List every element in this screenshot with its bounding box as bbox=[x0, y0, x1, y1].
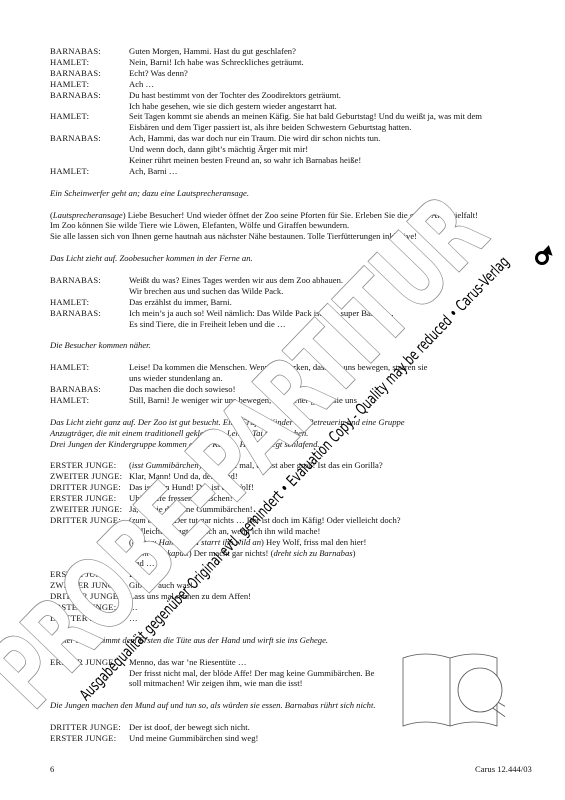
spacer bbox=[50, 330, 540, 341]
dialogue-line: Und wenn doch, dann gibt’s mächtig Ärger… bbox=[50, 144, 540, 155]
line-text: Seit Tagen kommt sie abends an meinen Kä… bbox=[129, 111, 540, 122]
stage-direction: Dritter Junge nimmt dem Ersten die Tüte … bbox=[50, 635, 540, 646]
dialogue-line: Wir brechen aus und suchen das Wilde Pac… bbox=[50, 286, 540, 297]
speaker-name bbox=[50, 373, 129, 384]
dialogue-line: HAMLET:Das erzählst du immer, Barni. bbox=[50, 297, 540, 308]
speaker-name: HAMLET: bbox=[50, 79, 129, 90]
dialogue-line: BARNABAS:Das machen die doch sowieso! bbox=[50, 384, 540, 395]
dialogue-line: BARNABAS:Weißt du was? Eines Tages werde… bbox=[50, 275, 540, 286]
line-text: Klar, Mann! Und da, der Hund! bbox=[129, 471, 540, 482]
dialogue-line: BARNABAS:Ach, Hammi, das war doch nur ei… bbox=[50, 133, 540, 144]
line-text: Ja, so wie du deine Gummibärchen! bbox=[129, 504, 540, 515]
line-text: uns wieder stundenlang an. bbox=[129, 373, 540, 384]
speaker-name: HAMLET: bbox=[50, 297, 129, 308]
line-text: Gib mir auch was! bbox=[129, 580, 540, 591]
dialogue-line: ZWEITER JUNGE:Klar, Mann! Und da, der Hu… bbox=[50, 471, 540, 482]
speaker-name: ERSTER JUNGE: bbox=[50, 569, 129, 580]
line-text: Und meine Gummibärchen sind weg! bbox=[129, 733, 540, 744]
stage-direction: Ein Scheinwerfer geht an; dazu eine Laut… bbox=[50, 188, 540, 199]
spacer bbox=[50, 264, 540, 275]
line-text: Weißt du was? Eines Tages werden wir aus… bbox=[129, 275, 540, 286]
line-text: … bbox=[129, 613, 540, 624]
speaker-name: HAMLET: bbox=[50, 395, 129, 406]
line-text: Vielleicht springt er mich an, wenn ich … bbox=[129, 526, 540, 537]
dialogue-line: HAMLET:Leise! Da kommen die Menschen. We… bbox=[50, 362, 540, 373]
line-text: Du hast bestimmt von der Tochter des Zoo… bbox=[129, 90, 540, 101]
line-text: … bbox=[129, 602, 540, 613]
speaker-name: BARNABAS: bbox=[50, 275, 129, 286]
speaker-name: HAMLET: bbox=[50, 166, 129, 177]
speaker-name: DRITTER JUNGE: bbox=[50, 591, 129, 602]
dialogue-line: HAMLET:Seit Tagen kommt sie abends an me… bbox=[50, 111, 540, 122]
speaker-name bbox=[50, 144, 129, 155]
dialogue-line: HAMLET:Ach … bbox=[50, 79, 540, 90]
dialogue-line: BARNABAS:Ich mein’s ja auch so! Weil näm… bbox=[50, 308, 540, 319]
dialogue-line: Eisbären und dem Tiger passiert ist, als… bbox=[50, 122, 540, 133]
line-text: Still, Barni! Je weniger wir uns bewegen… bbox=[129, 395, 540, 406]
speaker-name bbox=[50, 678, 129, 689]
dialogue-line: Es sind Tiere, die in Freiheit leben und… bbox=[50, 319, 540, 330]
line-text: Keiner rührt meinen besten Freund an, so… bbox=[129, 155, 540, 166]
speaker-name: DRITTER JUNGE: bbox=[50, 515, 129, 526]
speaker-name bbox=[50, 286, 129, 297]
announcement-line: Sie alle lassen sich von Ihnen gerne hau… bbox=[50, 231, 540, 242]
spacer bbox=[50, 351, 540, 362]
spacer bbox=[50, 449, 540, 460]
dialogue-line: HAMLET:Still, Barni! Je weniger wir uns … bbox=[50, 395, 540, 406]
dialogue-line: HAMLET:Ach, Barni … bbox=[50, 166, 540, 177]
announcement-line: Im Zoo können Sie wilde Tiere wie Löwen,… bbox=[50, 220, 540, 231]
line-text: Das erzählst du immer, Barni. bbox=[129, 297, 540, 308]
dialogue-line: Und … bbox=[50, 558, 540, 569]
line-text: Guten Morgen, Hammi. Hast du gut geschla… bbox=[129, 46, 540, 57]
speaker-name: HAMLET: bbox=[50, 362, 129, 373]
speaker-name: ZWEITER JUNGE: bbox=[50, 580, 129, 591]
dialogue-line: Keiner rührt meinen besten Freund an, so… bbox=[50, 155, 540, 166]
dialogue-line: DRITTER JUNGE:(zum ersten) Der tut gar n… bbox=[50, 515, 540, 526]
dialogue-line: DRITTER JUNGE:… bbox=[50, 613, 540, 624]
speaker-name: ERSTER JUNGE: bbox=[50, 657, 129, 668]
speaker-name: BARNABAS: bbox=[50, 384, 129, 395]
line-text: (lacht sich kaputt) Der macht gar nichts… bbox=[129, 548, 540, 559]
speaker-name: ZWEITER JUNGE: bbox=[50, 504, 129, 515]
speaker-name: BARNABAS: bbox=[50, 308, 129, 319]
dialogue-line: ERSTER JUNGE:Da … bbox=[50, 569, 540, 580]
speaker-name bbox=[50, 526, 129, 537]
spacer bbox=[50, 624, 540, 635]
speaker-name: BARNABAS: bbox=[50, 46, 129, 57]
dialogue-line: BARNABAS:Guten Morgen, Hammi. Hast du gu… bbox=[50, 46, 540, 57]
line-text: Ach, Hammi, das war doch nur ein Traum. … bbox=[129, 133, 540, 144]
stage-direction: Die Besucher kommen näher. bbox=[50, 340, 540, 351]
dialogue-line: (lacht sich kaputt) Der macht gar nichts… bbox=[50, 548, 540, 559]
speaker-name bbox=[50, 101, 129, 112]
line-text: Ach, Barni … bbox=[129, 166, 540, 177]
spacer bbox=[50, 199, 540, 210]
speaker-name: DRITTER JUNGE: bbox=[50, 722, 129, 733]
line-text: (zum ersten) Der tut gar nichts … Der is… bbox=[129, 515, 540, 526]
speaker-name: ERSTER JUNGE: bbox=[50, 733, 129, 744]
spacer bbox=[50, 177, 540, 188]
dialogue-line: ERSTER JUNGE:Und meine Gummibärchen sind… bbox=[50, 733, 540, 744]
speaker-name: DRITTER JUNGE: bbox=[50, 613, 129, 624]
line-text: (geht zu Hamlet und starrt ihn wild an) … bbox=[129, 537, 540, 548]
announcement-line: (Lautsprecheransage) Liebe Besucher! Und… bbox=[50, 210, 540, 221]
speaker-name: ERSTER JUNGE: bbox=[50, 460, 129, 471]
speaker-name: DRITTER JUNGE: bbox=[50, 482, 129, 493]
dialogue-line: ZWEITER JUNGE:Ja, so wie du deine Gummib… bbox=[50, 504, 540, 515]
line-text: Ich mein’s ja auch so! Weil nämlich: Das… bbox=[129, 308, 540, 319]
speaker-name: HAMLET: bbox=[50, 57, 129, 68]
speaker-name bbox=[50, 122, 129, 133]
line-text: Lass uns mal rennen zu dem Affen! bbox=[129, 591, 540, 602]
line-text: Und wenn doch, dann gibt’s mächtig Ärger… bbox=[129, 144, 540, 155]
dialogue-line: BARNABAS:Du hast bestimmt von der Tochte… bbox=[50, 90, 540, 101]
line-text: Echt? Was denn? bbox=[129, 68, 540, 79]
speaker-name: ERSTER JUNGE: bbox=[50, 602, 129, 613]
dialogue-line: HAMLET:Nein, Barni! Ich habe was Schreck… bbox=[50, 57, 540, 68]
speaker-name bbox=[50, 558, 129, 569]
line-text: Wir brechen aus und suchen das Wilde Pac… bbox=[129, 286, 540, 297]
dialogue-line: ERSTER JUNGE:(isst Gummibärchen) He, guc… bbox=[50, 460, 540, 471]
speaker-name: HAMLET: bbox=[50, 111, 129, 122]
stage-direction: Das Licht zieht ganz auf. Der Zoo ist gu… bbox=[50, 417, 540, 428]
speaker-name bbox=[50, 319, 129, 330]
dialogue-line: (geht zu Hamlet und starrt ihn wild an) … bbox=[50, 537, 540, 548]
line-text: Und … bbox=[129, 558, 540, 569]
speaker-name: ERSTER JUNGE: bbox=[50, 493, 129, 504]
speaker-name: BARNABAS: bbox=[50, 90, 129, 101]
speaker-name bbox=[50, 537, 129, 548]
stage-direction: Das Licht zieht auf. Zoobesucher kommen … bbox=[50, 253, 540, 264]
dialogue-line: ERSTER JUNGE:… bbox=[50, 602, 540, 613]
spacer bbox=[50, 242, 540, 253]
speaker-name: BARNABAS: bbox=[50, 133, 129, 144]
score-page: BARNABAS:Guten Morgen, Hammi. Hast du gu… bbox=[0, 0, 565, 800]
line-text: Nein, Barni! Ich habe was Schreckliches … bbox=[129, 57, 540, 68]
line-text: Es sind Tiere, die in Freiheit leben und… bbox=[129, 319, 540, 330]
line-text: Das machen die doch sowieso! bbox=[129, 384, 540, 395]
speaker-name: BARNABAS: bbox=[50, 68, 129, 79]
dialogue-line: DRITTER JUNGE:Lass uns mal rennen zu dem… bbox=[50, 591, 540, 602]
line-text: Das ist kein Hund! Das ist ein Wolf! bbox=[129, 482, 540, 493]
play-text: BARNABAS:Guten Morgen, Hammi. Hast du gu… bbox=[50, 46, 540, 744]
line-text: Uh! Wölfe fressen Menschen! bbox=[129, 493, 540, 504]
dialogue-line: ZWEITER JUNGE:Gib mir auch was! bbox=[50, 580, 540, 591]
dialogue-line: ERSTER JUNGE:Uh! Wölfe fressen Menschen! bbox=[50, 493, 540, 504]
line-text: Leise! Da kommen die Menschen. Wenn sie … bbox=[129, 362, 540, 373]
dialogue-line: DRITTER JUNGE:Das ist kein Hund! Das ist… bbox=[50, 482, 540, 493]
dialogue-line: BARNABAS:Echt? Was denn? bbox=[50, 68, 540, 79]
catalog-number: Carus 12.444/03 bbox=[475, 764, 532, 774]
speaker-name bbox=[50, 155, 129, 166]
stage-direction: Drei Jungen der Kindergruppe kommen an d… bbox=[50, 439, 540, 450]
speaker-name bbox=[50, 668, 129, 679]
dialogue-line: Ich habe gesehen, wie sie dich gestern w… bbox=[50, 101, 540, 112]
book-magnifier-icon bbox=[395, 648, 505, 728]
line-text: (isst Gummibärchen) He, guckt mal, der i… bbox=[129, 460, 540, 471]
dialogue-line: uns wieder stundenlang an. bbox=[50, 373, 540, 384]
page-number: 6 bbox=[50, 764, 54, 774]
line-text: Ach … bbox=[129, 79, 540, 90]
stage-direction: Anzugträger, die mit einem traditionell … bbox=[50, 428, 540, 439]
line-text: Eisbären und dem Tiger passiert ist, als… bbox=[129, 122, 540, 133]
line-text: Ich habe gesehen, wie sie dich gestern w… bbox=[129, 101, 540, 112]
line-text: Da … bbox=[129, 569, 540, 580]
speaker-name bbox=[50, 548, 129, 559]
spacer bbox=[50, 406, 540, 417]
speaker-name: ZWEITER JUNGE: bbox=[50, 471, 129, 482]
dialogue-line: Vielleicht springt er mich an, wenn ich … bbox=[50, 526, 540, 537]
